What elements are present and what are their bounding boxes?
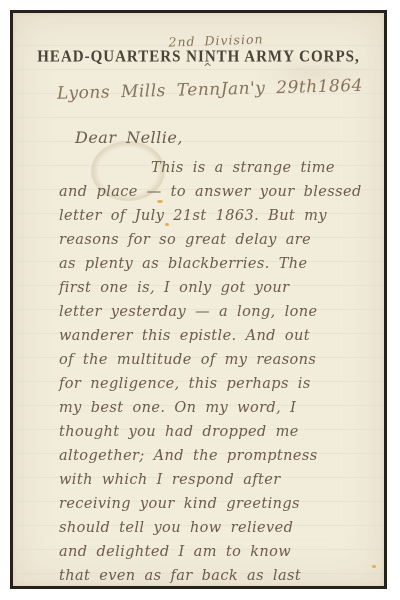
- body-line: letter yesterday — a long, lone: [59, 300, 362, 324]
- body-line: first one is, I only got your: [59, 276, 362, 300]
- body-line: of the multitude of my reasons: [59, 348, 362, 372]
- letter-body: This is a strange time and place — to an…: [59, 156, 362, 588]
- dateline-date: Jan'y 29th: [220, 77, 317, 100]
- printed-letterhead: HEAD-QUARTERS NINTH ARMY CORPS,: [13, 48, 384, 67]
- scanned-letter-page: 2nd Division HEAD-QUARTERS NINTH ARMY CO…: [10, 10, 387, 589]
- dateline-place: Lyons Mills Tenn: [57, 80, 221, 104]
- body-line: This is a strange time: [59, 156, 362, 180]
- body-line: receiving your kind greetings: [59, 492, 362, 516]
- body-line: should tell you how relieved: [59, 516, 362, 540]
- body-line: with which I respond after: [59, 468, 362, 492]
- body-line: reasons for so great delay are: [59, 228, 362, 252]
- body-line: altogether; And the promptness: [59, 444, 362, 468]
- body-line: thought you had dropped me: [59, 420, 362, 444]
- body-line: wanderer this epistle. And out: [59, 324, 362, 348]
- body-line: and delighted I am to know: [59, 540, 362, 564]
- body-line: and place — to answer your blessed: [59, 180, 362, 204]
- body-line: for negligence, this perhaps is: [59, 372, 362, 396]
- foxing-spot: [372, 565, 376, 568]
- body-line: my best one. On my word, I: [59, 396, 362, 420]
- insertion-caret-mark: ^: [203, 61, 212, 74]
- body-line: as plenty as blackberries. The: [59, 252, 362, 276]
- body-line: letter of July 21st 1863. But my: [59, 204, 362, 228]
- body-line: that even as far back as last: [59, 564, 362, 588]
- salutation: Dear Nellie,: [75, 128, 183, 147]
- dateline: Lyons Mills Tenn Jan'y 29th 1864: [57, 76, 348, 104]
- dateline-year: 1864: [317, 76, 363, 97]
